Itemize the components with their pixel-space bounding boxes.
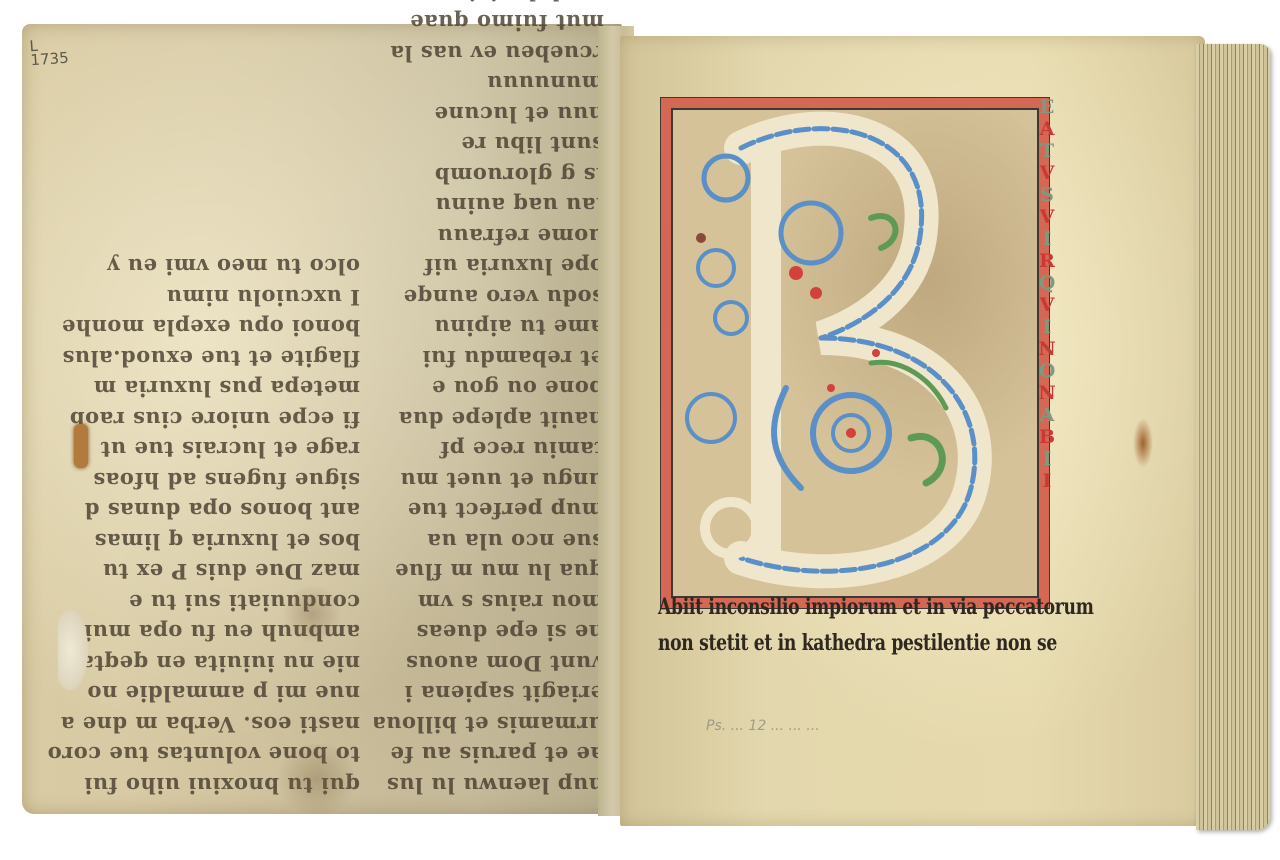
incipit-letter: Q	[1039, 272, 1056, 294]
manuscript-text-line: sigue fugens ad hfoas	[40, 465, 360, 496]
open-manuscript: nup laenwu lu lusae et paruis au feurmam…	[0, 0, 1280, 860]
manuscript-text-line: rage et lucrais tue ut	[40, 434, 360, 465]
manuscript-text-line: mou raius s vm	[374, 587, 604, 618]
manuscript-text-line: flagite et tue exuod.alus	[40, 343, 360, 374]
incipit-letter: V	[1040, 162, 1055, 184]
manuscript-text-line: nue mi p ammaldie no	[40, 678, 360, 709]
left-page-column-b: qui tu bnoxiui uiho fuito bone voluntas …	[40, 251, 360, 800]
manuscript-text-line: lau uaq auinu	[374, 190, 604, 221]
manuscript-text-line: eriagit sapiena i	[374, 678, 604, 709]
manuscript-text-line: maz Due duis P ex tu	[40, 556, 360, 587]
illuminated-initial-b	[661, 98, 1049, 608]
manuscript-text-line: qua lu mu m flue	[374, 556, 604, 587]
manuscript-text-line: nup laenwu lu lus	[374, 770, 604, 801]
manuscript-text-line: nauit aplepe dua	[374, 404, 604, 435]
manuscript-text-line: bone ou gou e	[374, 373, 604, 404]
manuscript-text-line: sodu vero aunqe	[374, 282, 604, 313]
incipit-letter: B	[1039, 426, 1055, 448]
manuscript-text-line: I uxcuiolu nimu	[40, 282, 360, 313]
manuscript-text-line: nie nu iuiuita en qeqta	[40, 648, 360, 679]
incipit-letter: I	[1043, 470, 1052, 492]
manuscript-text-line: bos et luxuria q limas	[40, 526, 360, 557]
manuscript-text-line: munuuuu	[374, 68, 604, 99]
manuscript-text-line: fi ecpe uniore cius raob	[40, 404, 360, 435]
incipit-letter: O	[1039, 360, 1056, 382]
left-page-upside-down-text: nup laenwu lu lusae et paruis au feurmam…	[22, 24, 622, 814]
initial-b-ornament-icon	[671, 108, 1039, 598]
incipit-letter: T	[1040, 140, 1054, 162]
incipit-letter: I	[1043, 228, 1052, 250]
manuscript-text-line: ae et paruis au fe	[374, 739, 604, 770]
psalm-text-line-2: non stetit et in kathedra pestilentie no…	[658, 630, 1057, 656]
incipit-letter: V	[1040, 294, 1055, 316]
incipit-letter: I	[1043, 448, 1052, 470]
incipit-vertical-letters: EATVSVIRQVINONABII	[1034, 96, 1060, 492]
worm-hole-damage	[74, 424, 88, 468]
incipit-letter: A	[1040, 404, 1055, 426]
manuscript-text-line: rcuebeu ev uas la	[374, 38, 604, 69]
manuscript-text-line: tamiu rece pf	[374, 434, 604, 465]
incipit-letter: A	[1040, 118, 1055, 140]
manuscript-text-line: mup perfect tue	[374, 495, 604, 526]
manuscript-text-line: nuu et lucune	[374, 99, 604, 130]
manuscript-text-line: et rebamdu fui	[374, 343, 604, 374]
incipit-letter: N	[1038, 338, 1055, 360]
psalm-text-line-1: Abiit inconsilio impiorum et in via pecc…	[658, 594, 1094, 620]
manuscript-text-line: ame tu aipinu	[374, 312, 604, 343]
incipit-letter: N	[1038, 382, 1055, 404]
incipit-letter: V	[1040, 206, 1055, 228]
left-page: nup laenwu lu lusae et paruis au feurmam…	[22, 24, 622, 814]
manuscript-text-line: vunt Dom auous	[374, 648, 604, 679]
water-stain	[272, 744, 362, 814]
fore-edge-page-block	[1196, 44, 1270, 830]
manuscript-text-line: sue nco ula ua	[374, 526, 604, 557]
manuscript-text-line: bonoi opu exepla monhe	[40, 312, 360, 343]
manuscript-text-line: mut fuimo quae	[374, 7, 604, 38]
manuscript-text-line: metepa pus luxuria m	[40, 373, 360, 404]
manuscript-text-line: olco tu meo vmi eu y	[40, 251, 360, 282]
left-page-column-a: nup laenwu lu lusae et paruis au feurmam…	[374, 0, 604, 800]
foxing-stain	[1133, 418, 1153, 468]
water-stain	[282, 584, 342, 644]
manuscript-text-line: ope luxuria uif	[374, 251, 604, 282]
manuscript-text-line: ungu et uuet mu	[374, 465, 604, 496]
parchment-repair-patch	[58, 610, 88, 690]
shelfmark-line-2: 1735	[30, 51, 69, 68]
manuscript-text-line: ls g gloruomb	[374, 160, 604, 191]
incipit-letter: E	[1040, 96, 1054, 118]
manuscript-text-line: ant bonos opa dunas d	[40, 495, 360, 526]
incipit-letter: S	[1040, 184, 1054, 206]
manuscript-text-line: nasti eos. Verba m dne a	[40, 709, 360, 740]
manuscript-text-line: sunt libu re	[374, 129, 604, 160]
incipit-letter: R	[1039, 250, 1055, 272]
incipit-letter: I	[1043, 316, 1052, 338]
manuscript-text-line: uome refrauu	[374, 221, 604, 252]
manuscript-text-line: rmth b pixit aus	[374, 0, 604, 7]
manuscript-text-line: urmamis et billoua	[374, 709, 604, 740]
manuscript-text-line: ne si epe dueas	[374, 617, 604, 648]
pencil-annotation: Ps. ... 12 ... ... ...	[706, 718, 820, 734]
shelfmark-annotation: L 1735	[29, 37, 69, 68]
